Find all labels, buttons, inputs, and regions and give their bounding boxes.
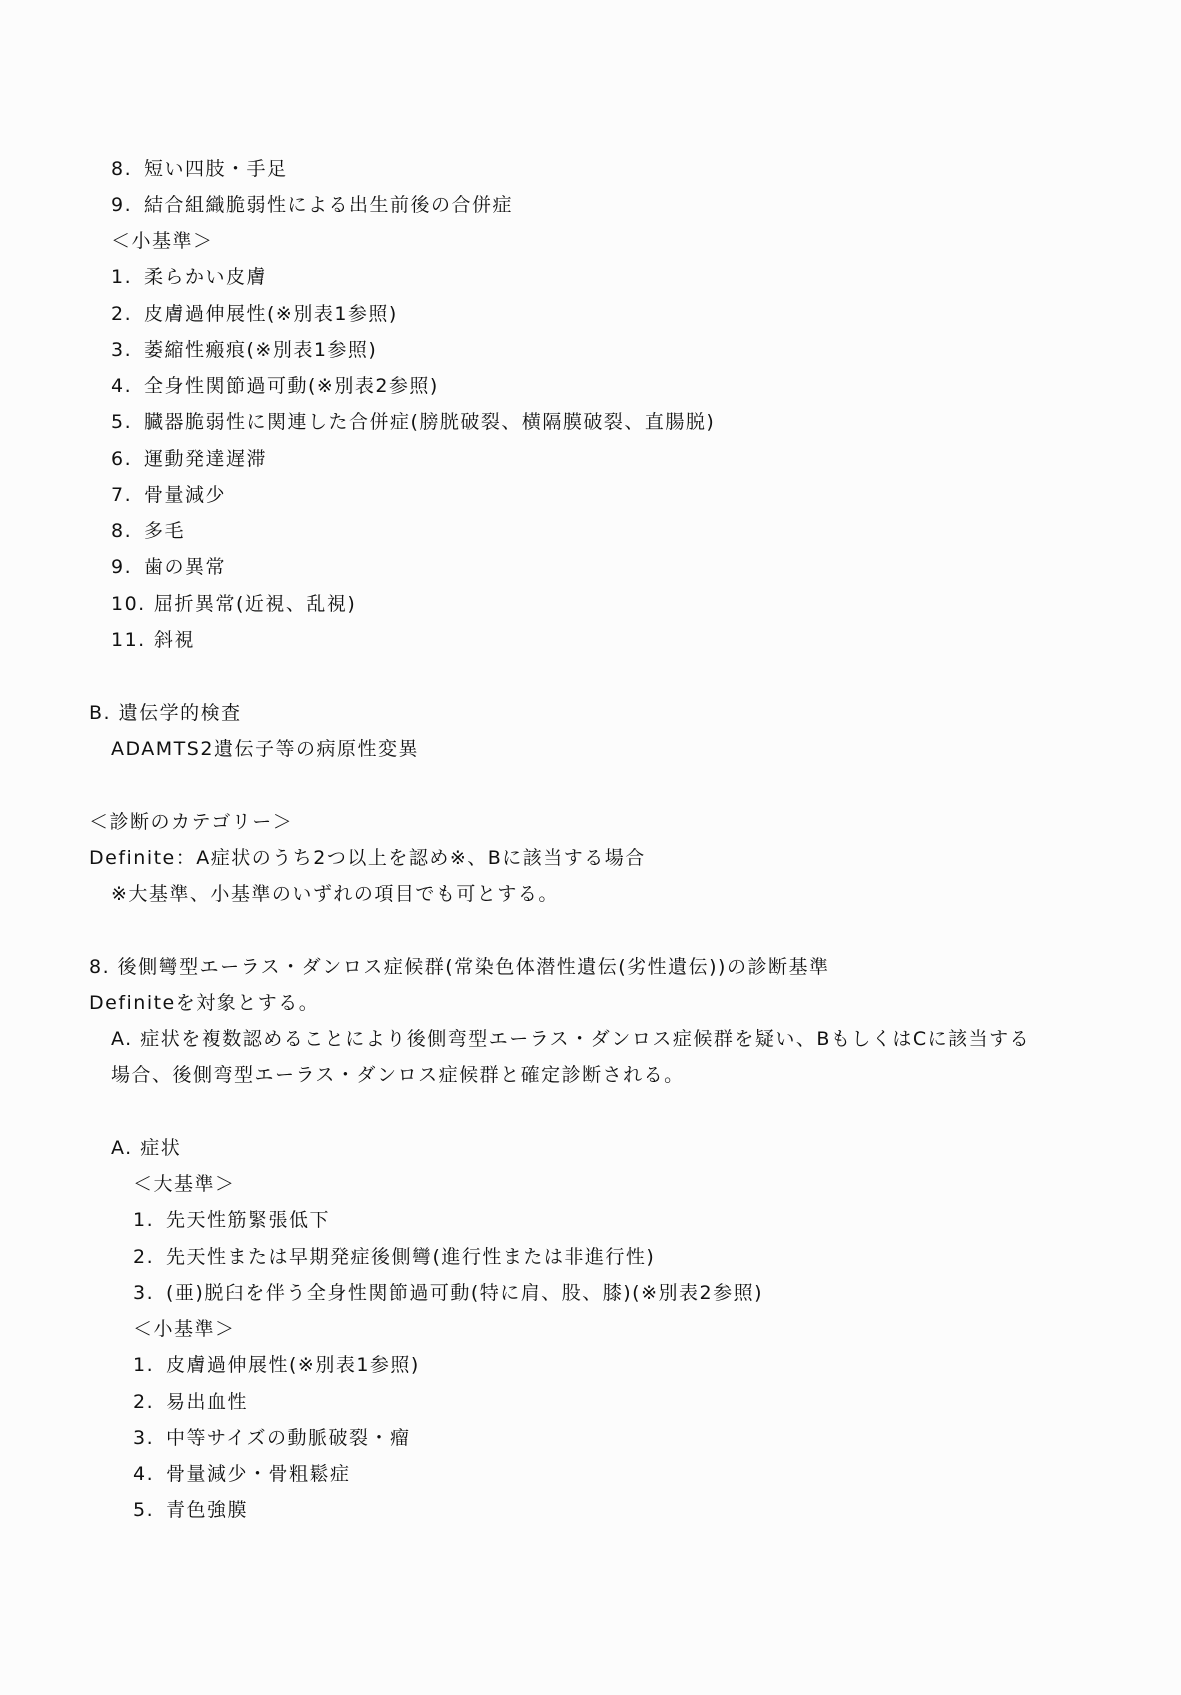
minor-criterion-item: 3.中等サイズの動脈破裂・瘤 [133, 1423, 410, 1453]
item-text: 柔らかい皮膚 [144, 266, 267, 288]
item-number: 8. [111, 516, 144, 546]
item-text: 運動発達遅滞 [144, 448, 267, 470]
item-number: 5. [133, 1495, 166, 1525]
minor-criterion-item: 5.青色強膜 [133, 1495, 248, 1525]
item-text: 臓器脆弱性に関連した合併症(膀胱破裂、横隔膜破裂、直腸脱) [144, 411, 715, 433]
item-number: 9. [111, 190, 144, 220]
section-8-intro-line-2: 場合、後側弯型エーラス・ダンロス症候群と確定診断される。 [111, 1060, 685, 1090]
minor-criterion-item: 1.皮膚過伸展性(※別表1参照) [133, 1350, 420, 1380]
document-page: 8.短い四肢・手足 9.結合組織脆弱性による出生前後の合併症 ＜小基準＞ 1.柔… [0, 0, 1181, 1695]
item-number: 3. [133, 1423, 166, 1453]
item-text: 多毛 [144, 520, 185, 542]
item-number: 5. [111, 407, 144, 437]
minor-criterion-item: 11.斜視 [111, 625, 195, 655]
minor-criterion-item: 6.運動発達遅滞 [111, 444, 267, 474]
diagnosis-definite: Definite：A症状のうち2つ以上を認め※、Bに該当する場合 [89, 843, 646, 873]
item-text: 屈折異常(近視、乱視) [154, 593, 356, 615]
symptoms-heading: A. 症状 [111, 1133, 181, 1163]
item-text: 斜視 [154, 629, 195, 651]
minor-criterion-item: 1.柔らかい皮膚 [111, 262, 267, 292]
item-number: 11. [111, 625, 154, 655]
item-number: 7. [111, 480, 144, 510]
item-number: 1. [133, 1205, 166, 1235]
item-text: 骨量減少 [144, 484, 226, 506]
item-number: 8. [111, 154, 144, 184]
minor-criterion-item: 2.皮膚過伸展性(※別表1参照) [111, 299, 398, 329]
item-number: 2. [133, 1242, 166, 1272]
item-text: 萎縮性瘢痕(※別表1参照) [144, 339, 377, 361]
item-text: 骨量減少・骨粗鬆症 [166, 1463, 351, 1485]
item-text: 皮膚過伸展性(※別表1参照) [144, 303, 398, 325]
minor-criterion-item: 3.萎縮性瘢痕(※別表1参照) [111, 335, 377, 365]
item-number: 9. [111, 552, 144, 582]
item-text: 結合組織脆弱性による出生前後の合併症 [144, 194, 513, 216]
minor-criterion-item: 5.臓器脆弱性に関連した合併症(膀胱破裂、横隔膜破裂、直腸脱) [111, 407, 715, 437]
item-text: 青色強膜 [166, 1499, 248, 1521]
section-8-title: 8. 後側彎型エーラス・ダンロス症候群(常染色体潜性遺伝(劣性遺伝))の診断基準 [89, 952, 829, 982]
minor-criterion-item: 4.骨量減少・骨粗鬆症 [133, 1459, 351, 1489]
minor-criteria-heading: ＜小基準＞ [111, 226, 214, 256]
minor-criterion-item: 10.屈折異常(近視、乱視) [111, 589, 356, 619]
major-criterion-item: 9.結合組織脆弱性による出生前後の合併症 [111, 190, 513, 220]
diagnosis-note: ※大基準、小基準のいずれの項目でも可とする。 [111, 879, 559, 909]
item-text: 皮膚過伸展性(※別表1参照) [166, 1354, 420, 1376]
minor-criterion-item: 2.易出血性 [133, 1387, 248, 1417]
item-text: (亜)脱臼を伴う全身性関節過可動(特に肩、股、膝)(※別表2参照) [166, 1282, 763, 1304]
item-text: 易出血性 [166, 1391, 248, 1413]
minor-criterion-item: 4.全身性関節過可動(※別表2参照) [111, 371, 439, 401]
section-8-intro-line-1: A. 症状を複数認めることにより後側弯型エーラス・ダンロス症候群を疑い、Bもしく… [111, 1024, 1030, 1054]
item-text: 短い四肢・手足 [144, 158, 288, 180]
item-number: 1. [133, 1350, 166, 1380]
major-criterion-item: 2.先天性または早期発症後側彎(進行性または非進行性) [133, 1242, 655, 1272]
minor-criteria-heading: ＜小基準＞ [133, 1314, 236, 1344]
minor-criterion-item: 8.多毛 [111, 516, 185, 546]
item-number: 3. [111, 335, 144, 365]
item-number: 10. [111, 589, 154, 619]
item-number: 1. [111, 262, 144, 292]
item-text: 全身性関節過可動(※別表2参照) [144, 375, 439, 397]
major-criterion-item: 3.(亜)脱臼を伴う全身性関節過可動(特に肩、股、膝)(※別表2参照) [133, 1278, 763, 1308]
item-number: 2. [111, 299, 144, 329]
diagnosis-category-heading: ＜診断のカテゴリー＞ [89, 807, 293, 837]
item-number: 6. [111, 444, 144, 474]
section-8-scope: Definiteを対象とする。 [89, 988, 319, 1018]
major-criterion-item: 1.先天性筋緊張低下 [133, 1205, 330, 1235]
item-text: 中等サイズの動脈破裂・瘤 [166, 1427, 410, 1449]
item-number: 2. [133, 1387, 166, 1417]
major-criteria-heading: ＜大基準＞ [133, 1169, 236, 1199]
genetic-test-text: ADAMTS2遺伝子等の病原性変異 [111, 734, 419, 764]
minor-criterion-item: 9.歯の異常 [111, 552, 226, 582]
major-criterion-item: 8.短い四肢・手足 [111, 154, 288, 184]
genetic-test-heading: B. 遺伝学的検査 [89, 698, 242, 728]
item-text: 先天性筋緊張低下 [166, 1209, 330, 1231]
item-text: 歯の異常 [144, 556, 226, 578]
item-text: 先天性または早期発症後側彎(進行性または非進行性) [166, 1246, 655, 1268]
minor-criterion-item: 7.骨量減少 [111, 480, 226, 510]
item-number: 4. [133, 1459, 166, 1489]
item-number: 3. [133, 1278, 166, 1308]
item-number: 4. [111, 371, 144, 401]
